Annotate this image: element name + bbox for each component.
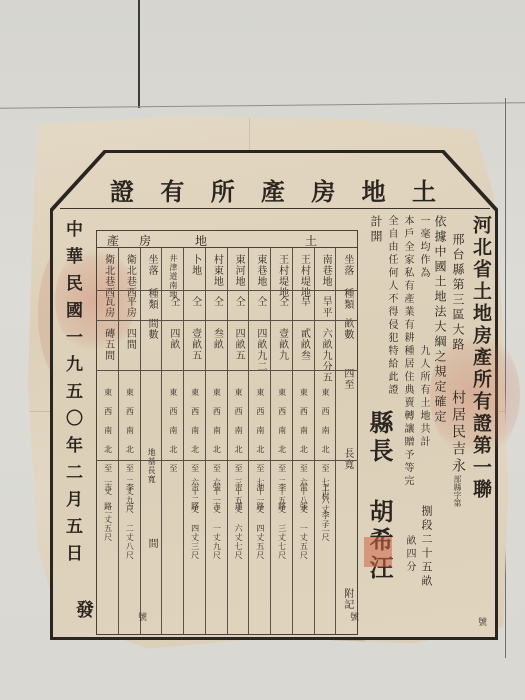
intro-line: 全自由任何人不得侵犯特給此證 <box>384 215 399 397</box>
land-column: 王村堤地 仝 壹畝九 東 西 南 北 至 李 路 二十五丈 三丈七尺 <box>270 248 292 634</box>
land-dims: 六十一丈 一丈九尺 <box>212 478 220 560</box>
house-dims: 一丈 二丈五尺 <box>103 478 111 542</box>
table-columns: 坐落 種類 畝數 四至 長寬 附記 南巷地 旱平 六畝九分五 東 西 南 北 至… <box>96 248 358 635</box>
land-column: 卜地 仝 壹畝五 東 西 南 北 至 吉 路 六十二丈 四丈三尺 <box>183 248 205 634</box>
footer-mark-middle: 號 <box>350 610 359 623</box>
land-column: 南巷地 旱平 六畝九分五 東 西 南 北 至 王村 李子 七十六丈 二尺 <box>314 248 336 634</box>
label-category: 種類 <box>341 288 352 310</box>
land-dims: 七十一丈 四丈五尺 <box>255 478 263 560</box>
table-row-divider <box>96 460 358 461</box>
table-row-divider <box>96 320 358 321</box>
house-label-category: 種類 <box>146 288 157 310</box>
footer-mark-left: 號 <box>138 610 147 623</box>
land-location: 王村堤地 <box>276 254 287 298</box>
label-notes: 附記 <box>341 588 352 610</box>
title-char: 地 <box>362 172 390 207</box>
house-rooms: 磚五間 <box>102 328 113 361</box>
land-location: 卜地 <box>189 254 200 276</box>
land-column: 東巷地 仝 四畝九二 東 西 南 北 至 池 路 七十一丈 四丈五尺 <box>248 248 270 634</box>
land-column: 王村堤地 旱 貳畝叁 東 西 南 北 至 雷 張 六十八丈 一丈五尺 <box>292 248 314 634</box>
house-category: 瓦房 <box>102 296 113 318</box>
house-label-rooms: 間數 <box>146 318 157 340</box>
resident-name: 村居民吉永 <box>448 390 468 475</box>
row-labels-column: 坐落 種類 畝數 四至 長寬 附記 <box>335 248 357 634</box>
wall-tile-seam <box>138 0 140 108</box>
land-location: 東巷地 <box>254 254 265 287</box>
house-column: 衛北巷西 瓦房 磚五間 東 西 南 北 至 吉 路 一丈 二丈五尺 <box>97 248 118 634</box>
house-location: 衛北巷西 <box>102 254 113 298</box>
land-area: 貳畝叁 <box>298 328 309 361</box>
land-header-char-2: 地 <box>195 232 207 249</box>
wall-tile-seam <box>0 102 525 108</box>
land-category: 仝 <box>276 296 287 307</box>
house-header-char: 房 <box>139 232 151 249</box>
house-labels-column: 坐落 種類 間數 地基長寬 間 <box>140 248 162 634</box>
house-label-location: 坐落 <box>146 254 157 276</box>
table-header: 土 地 房 產 <box>96 230 358 248</box>
land-category: 旱 <box>298 296 309 307</box>
house-location: 衛北巷西 <box>124 254 135 298</box>
table-row-divider <box>96 290 358 291</box>
land-dims: 七十六丈 二尺 <box>321 478 329 542</box>
land-column: 東河地 仝 四畝五 東 西 南 北 至 吉 道 三十五丈 六丈七尺 <box>227 248 249 634</box>
label-boundary: 四至 <box>341 368 352 390</box>
land-column: 井津道南地 仝 四畝 東 西 南 北 至 <box>161 248 183 634</box>
land-location: 王村堤地 <box>298 254 309 298</box>
land-category: 仝 <box>254 296 265 307</box>
land-area: 叁畝 <box>211 328 222 350</box>
land-category: 仝 <box>233 296 244 307</box>
intro-line: 一毫均作為 <box>416 215 431 280</box>
land-dims: 六十八丈 一丈五尺 <box>299 478 307 560</box>
label-location: 坐落 <box>341 254 352 276</box>
title-char: 房 <box>311 172 339 207</box>
title-char: 土 <box>412 172 440 207</box>
land-category: 旱平 <box>320 296 331 318</box>
land-location: 南巷地 <box>320 254 331 287</box>
land-area: 四畝五 <box>233 328 244 361</box>
label-area: 畝數 <box>341 318 352 340</box>
land-area: 六畝九分五 <box>320 328 331 383</box>
land-column: 村東地 仝 叁畝 東 西 南 北 至 張 吉 六十一丈 一丈九尺 <box>205 248 227 634</box>
land-header-char: 土 <box>305 232 317 249</box>
property-table: 土 地 房 產 坐落 種類 畝數 四至 長寬 附記 南巷地 旱平 六畝九分五 東… <box>96 230 358 635</box>
land-area: 壹畝五 <box>189 328 200 361</box>
land-location: 村東地 <box>211 254 222 287</box>
issue-date: 中華民國一九五〇年二月五日 <box>60 220 85 571</box>
certificate-heading: 河北省土地房產所有證第一聯 <box>468 215 495 501</box>
list-label: 計開 <box>368 215 385 245</box>
house-header-char-2: 產 <box>107 232 119 249</box>
title-char: 所 <box>211 172 239 207</box>
title-divider <box>60 208 490 209</box>
intro-line: 本戶全家私有產業有耕種居住典賣轉讓贈予等完 <box>400 215 415 488</box>
area-fraction: 畝四分 <box>402 535 417 574</box>
land-location: 井津道南地 <box>168 254 176 299</box>
table-row-divider <box>96 370 358 371</box>
house-base-unit: 間 <box>146 538 157 549</box>
house-dims: 二丈九尺 二丈八尺 <box>125 478 133 560</box>
intro-line: 依據中國土地法大綱之規定確定 <box>432 215 449 425</box>
land-dims: 六十二丈 四丈三尺 <box>190 478 198 560</box>
serial-end-mark: 號 <box>478 615 487 628</box>
serial-note: 部縣字第 <box>452 475 463 507</box>
land-location: 東河地 <box>233 254 244 287</box>
intro-line: 邢台縣第三區大路 <box>450 233 467 353</box>
land-dims: 三十五丈 六丈七尺 <box>234 478 242 560</box>
land-area: 四畝九二 <box>254 328 265 372</box>
land-area: 壹畝九 <box>276 328 287 361</box>
intro-line: 九人所有土地共計 <box>416 345 431 449</box>
label-length-width: 長寬 <box>341 448 352 470</box>
title-char: 有 <box>160 172 188 207</box>
land-category: 仝 <box>189 296 200 307</box>
title-char: 證 <box>110 172 138 207</box>
land-area: 四畝 <box>167 328 178 350</box>
house-rooms: 四間 <box>124 328 135 350</box>
land-dims: 二十五丈 三丈七尺 <box>277 478 285 560</box>
land-total: 捌段二十五畝 <box>418 505 434 589</box>
title-char: 產 <box>261 172 289 207</box>
issued-mark: 發 <box>70 600 96 618</box>
house-category: 平房 <box>124 296 135 318</box>
land-category: 仝 <box>211 296 222 307</box>
house-column: 衛北巷西 平房 四間 東 西 南 北 至 李 吉 二丈九尺 二丈八尺 <box>118 248 140 634</box>
document-title: 土 地 房 產 所 有 證 <box>110 172 440 207</box>
official-red-seal <box>364 537 392 567</box>
certificate-text-block: 河北省土地房產所有證第一聯 邢台縣第三區大路 村居民吉永 依據中國土地法大綱之規… <box>360 215 490 635</box>
land-category: 仝 <box>167 296 178 307</box>
house-base-label: 地基長寬 <box>147 448 155 484</box>
